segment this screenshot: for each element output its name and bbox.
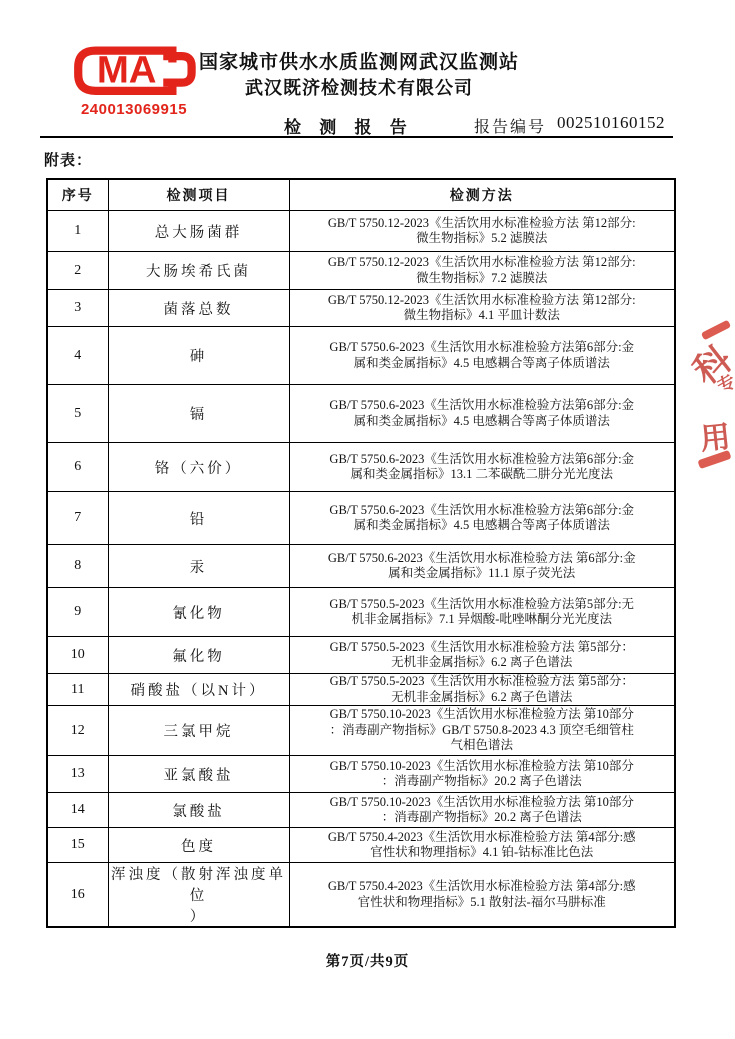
row-index-cell: 14: [47, 793, 108, 828]
test-method-cell: GB/T 5750.5-2023《生活饮用水标准检验方法第5部分:无 机非金属指…: [289, 588, 675, 637]
row-index-cell: 12: [47, 706, 108, 756]
test-method-cell: GB/T 5750.10-2023《生活饮用水标准检验方法 第10部分 ：消毒副…: [289, 706, 675, 756]
col-header-method: 检测方法: [289, 179, 675, 211]
table-row: 5 镉 GB/T 5750.6-2023《生活饮用水标准检验方法第6部分:金 属…: [47, 385, 675, 443]
table-row: 15 色度 GB/T 5750.4-2023《生活饮用水标准检验方法 第4部分:…: [47, 828, 675, 863]
table-row: 6 铬（六价） GB/T 5750.6-2023《生活饮用水标准检验方法第6部分…: [47, 443, 675, 492]
row-index-cell: 4: [47, 327, 108, 385]
test-item-cell: 铬（六价）: [108, 443, 289, 492]
test-item-cell: 菌落总数: [108, 290, 289, 327]
test-method-cell: GB/T 5750.5-2023《生活饮用水标准检验方法 第5部分： 无机非金属…: [289, 637, 675, 674]
test-method-cell: GB/T 5750.5-2023《生活饮用水标准检验方法 第5部分： 无机非金属…: [289, 674, 675, 706]
test-item-cell: 色度: [108, 828, 289, 863]
stamp-character: 专: [712, 367, 735, 399]
row-index-cell: 8: [47, 545, 108, 588]
test-method-cell: GB/T 5750.10-2023《生活饮用水标准检验方法 第10部分 ：消毒副…: [289, 756, 675, 793]
row-index-cell: 11: [47, 674, 108, 706]
row-index-cell: 5: [47, 385, 108, 443]
methods-table: 序号 检测项目 检测方法 1 总大肠菌群 GB/T 5750.12-2023《生…: [46, 178, 676, 928]
report-page: MA 240013069915 国家城市供水水质监测网武汉监测站 武汉既济检测技…: [0, 0, 735, 1039]
test-method-cell: GB/T 5750.6-2023《生活饮用水标准检验方法 第6部分:金 属和类金…: [289, 545, 675, 588]
table-row: 12 三氯甲烷 GB/T 5750.10-2023《生活饮用水标准检验方法 第1…: [47, 706, 675, 756]
col-header-item: 检测项目: [108, 179, 289, 211]
test-method-cell: GB/T 5750.4-2023《生活饮用水标准检验方法 第4部分:感 官性状和…: [289, 828, 675, 863]
header-divider: [40, 136, 673, 138]
page-number: 第7页/共9页: [0, 950, 735, 971]
row-index-cell: 6: [47, 443, 108, 492]
table-header-row: 序号 检测项目 检测方法: [47, 179, 675, 211]
row-index-cell: 10: [47, 637, 108, 674]
table-row: 4 砷 GB/T 5750.6-2023《生活饮用水标准检验方法第6部分:金 属…: [47, 327, 675, 385]
row-index-cell: 9: [47, 588, 108, 637]
methods-table-body: 1 总大肠菌群 GB/T 5750.12-2023《生活饮用水标准检验方法 第1…: [47, 211, 675, 928]
test-method-cell: GB/T 5750.6-2023《生活饮用水标准检验方法第6部分:金 属和类金属…: [289, 385, 675, 443]
row-index-cell: 16: [47, 863, 108, 928]
row-index-cell: 13: [47, 756, 108, 793]
table-row: 9 氰化物 GB/T 5750.5-2023《生活饮用水标准检验方法第5部分:无…: [47, 588, 675, 637]
table-row: 10 氟化物 GB/T 5750.5-2023《生活饮用水标准检验方法 第5部分…: [47, 637, 675, 674]
test-item-cell: 总大肠菌群: [108, 211, 289, 252]
test-item-cell: 铅: [108, 492, 289, 545]
org-name-line2: 武汉既济检测技术有限公司: [198, 76, 520, 101]
report-number-label: 报告编号: [474, 114, 546, 137]
stamp-character: 用: [698, 412, 732, 459]
test-item-cell: 硝酸盐（以N计）: [108, 674, 289, 706]
table-row: 1 总大肠菌群 GB/T 5750.12-2023《生活饮用水标准检验方法 第1…: [47, 211, 675, 252]
test-item-cell: 氯酸盐: [108, 793, 289, 828]
test-item-cell: 亚氯酸盐: [108, 756, 289, 793]
test-method-cell: GB/T 5750.6-2023《生活饮用水标准检验方法第6部分:金 属和类金属…: [289, 443, 675, 492]
report-number-value: 002510160152: [557, 113, 665, 133]
stamp-border-bar-bottom: [697, 450, 731, 469]
table-row: 13 亚氯酸盐 GB/T 5750.10-2023《生活饮用水标准检验方法 第1…: [47, 756, 675, 793]
attachment-table-label: 附表：: [44, 149, 92, 170]
cma-cert-number: 240013069915: [64, 101, 204, 118]
org-name-line1: 国家城市供水水质监测网武汉监测站: [198, 50, 520, 76]
row-index-cell: 7: [47, 492, 108, 545]
test-method-cell: GB/T 5750.6-2023《生活饮用水标准检验方法第6部分:金 属和类金属…: [289, 327, 675, 385]
organization-block: 国家城市供水水质监测网武汉监测站 武汉既济检测技术有限公司: [198, 50, 520, 101]
stamp-character: 科: [681, 332, 735, 394]
test-method-cell: GB/T 5750.10-2023《生活饮用水标准检验方法 第10部分 ：消毒副…: [289, 793, 675, 828]
col-header-index: 序号: [47, 179, 108, 211]
table-row: 14 氯酸盐 GB/T 5750.10-2023《生活饮用水标准检验方法 第10…: [47, 793, 675, 828]
test-method-cell: GB/T 5750.4-2023《生活饮用水标准检验方法 第4部分:感 官性状和…: [289, 863, 675, 928]
test-method-cell: GB/T 5750.6-2023《生活饮用水标准检验方法第6部分:金 属和类金属…: [289, 492, 675, 545]
table-row: 2 大肠埃希氏菌 GB/T 5750.12-2023《生活饮用水标准检验方法 第…: [47, 252, 675, 290]
test-method-cell: GB/T 5750.12-2023《生活饮用水标准检验方法 第12部分: 微生物…: [289, 252, 675, 290]
table-row: 16 浑浊度（散射浑浊度单位 ） GB/T 5750.4-2023《生活饮用水标…: [47, 863, 675, 928]
table-row: 8 汞 GB/T 5750.6-2023《生活饮用水标准检验方法 第6部分:金 …: [47, 545, 675, 588]
test-item-cell: 砷: [108, 327, 289, 385]
row-index-cell: 15: [47, 828, 108, 863]
stamp-border-bar-top: [701, 320, 731, 341]
cma-logo-block: MA 240013069915: [64, 36, 204, 118]
row-index-cell: 1: [47, 211, 108, 252]
test-method-cell: GB/T 5750.12-2023《生活饮用水标准检验方法 第12部分: 微生物…: [289, 290, 675, 327]
test-item-cell: 氟化物: [108, 637, 289, 674]
test-item-cell: 浑浊度（散射浑浊度单位 ）: [108, 863, 289, 928]
test-method-cell: GB/T 5750.12-2023《生活饮用水标准检验方法 第12部分: 微生物…: [289, 211, 675, 252]
table-row: 3 菌落总数 GB/T 5750.12-2023《生活饮用水标准检验方法 第12…: [47, 290, 675, 327]
cma-letters: MA: [97, 49, 157, 92]
test-item-cell: 汞: [108, 545, 289, 588]
test-item-cell: 镉: [108, 385, 289, 443]
row-index-cell: 2: [47, 252, 108, 290]
report-title: 检 测 报 告: [284, 113, 414, 138]
table-row: 7 铅 GB/T 5750.6-2023《生活饮用水标准检验方法第6部分:金 属…: [47, 492, 675, 545]
cma-logo-icon: MA: [69, 36, 199, 100]
row-index-cell: 3: [47, 290, 108, 327]
table-row: 11 硝酸盐（以N计） GB/T 5750.5-2023《生活饮用水标准检验方法…: [47, 674, 675, 706]
test-item-cell: 大肠埃希氏菌: [108, 252, 289, 290]
test-item-cell: 三氯甲烷: [108, 706, 289, 756]
red-stamp-fragment: 科 专 用: [695, 318, 735, 478]
test-item-cell: 氰化物: [108, 588, 289, 637]
